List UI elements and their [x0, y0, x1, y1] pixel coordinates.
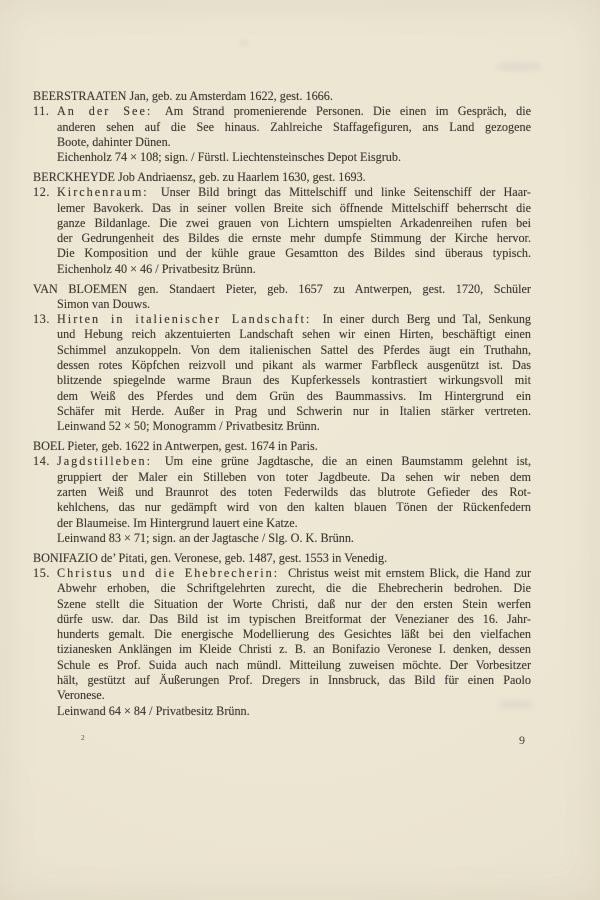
text-line: BEERSTRAATEN Jan, geb. zu Amsterdam 1622… [57, 89, 531, 104]
entry-text-end: der Blaumeise. Im Hintergrund lauert ein… [57, 516, 531, 531]
catalog-page: BEERSTRAATEN Jan, geb. zu Amsterdam 1622… [0, 0, 600, 900]
text-line: BOEL Pieter, geb. 1622 in Antwerpen, ges… [57, 439, 531, 454]
text-block: BEERSTRAATEN Jan, geb. zu Amsterdam 1622… [33, 89, 531, 723]
entry-title: Jagdstilleben: [57, 454, 152, 468]
text-line: BERCKHEYDE Job Andriaensz, geb. zu Haarl… [57, 170, 531, 185]
text-line: Schule es Prof. Suida auch nach mündl. M… [57, 658, 531, 673]
entry-text-end: Veronese. [57, 688, 531, 703]
entry-text: und Hebung reich akzentuierten Landschaf… [57, 327, 531, 419]
entry-first-rest: Christus weist mit ernstem Blick, die Ha… [288, 566, 531, 580]
entry-dimensions: Leinwand 83 × 71; sign. an der Jagtasche… [57, 531, 531, 546]
bleed-through-mark [496, 62, 542, 71]
page-number: 9 [519, 733, 525, 748]
text-line: dürfe usw. dar. Das Bild ist im typische… [57, 612, 531, 627]
artist-heading: BONIFAZIO de’ Pitati, gen. Veronese, geb… [57, 551, 531, 566]
artist-heading: BEERSTRAATEN Jan, geb. zu Amsterdam 1622… [57, 89, 531, 104]
text-line: anderen sehen auf die See hinaus. Zahlre… [57, 120, 531, 135]
entry-first-rest: Um eine grüne Jagdtasche, die an einen B… [165, 454, 531, 468]
catalog-entry-12: BERCKHEYDE Job Andriaensz, geb. zu Haarl… [33, 170, 531, 277]
entry-dimensions: Leinwand 52 × 50; Monogramm / Privatbesi… [57, 419, 531, 434]
entry-text: Abwehr erhoben, die Schriftgelehrten zur… [57, 581, 531, 688]
entry-text: gruppiert der Maler ein Stilleben von to… [57, 470, 531, 516]
catalog-entry-14: BOEL Pieter, geb. 1622 in Antwerpen, ges… [33, 439, 531, 546]
text-line: Boote, dahinter Dünen. [57, 135, 531, 150]
entry-text: anderen sehen auf die See hinaus. Zahlre… [57, 120, 531, 135]
text-line: Simon van Douws. [57, 297, 531, 312]
text-line: und Hebung reich akzentuierten Landschaf… [57, 327, 531, 342]
entry-text-end: Boote, dahinter Dünen. [57, 135, 531, 150]
text-line: Abwehr erhoben, die Schriftgelehrten zur… [57, 581, 531, 596]
entry-body: 11.An der See: Am Strand promenierende P… [57, 104, 531, 165]
entry-first-line: 12.Kirchenraum: Unser Bild bringt das Mi… [57, 185, 531, 200]
text-line: der Gedrungenheit des Bildes die ernste … [57, 231, 531, 246]
entry-dimensions: Leinwand 64 × 84 / Privatbesitz Brünn. [57, 704, 531, 719]
entry-number: 11. [33, 104, 50, 119]
printer-signature-mark: 2 [81, 733, 86, 742]
entry-body: 15.Christus und die Ehebrecherin: Christ… [57, 566, 531, 719]
artist-heading: BERCKHEYDE Job Andriaensz, geb. zu Haarl… [57, 170, 531, 185]
entry-body: 13.Hirten in italienischer Landschaft: I… [57, 312, 531, 434]
entry-number: 14. [33, 454, 50, 469]
entry-number: 13. [33, 312, 50, 327]
text-line: Schimmel anzukoppeln. Von dem italienisc… [57, 343, 531, 358]
text-line: Szene stellt die Situation der Worte Chr… [57, 597, 531, 612]
entry-dimensions: Eichenholz 74 × 108; sign. / Fürstl. Lie… [57, 150, 531, 165]
text-line: zarten Weiß und Braunrot des toten Feder… [57, 485, 531, 500]
text-line: gruppiert der Maler ein Stilleben von to… [57, 470, 531, 485]
paper-fleck [240, 40, 248, 45]
entry-title: An der See: [57, 104, 152, 118]
catalog-entry-13: VAN BLOEMEN gen. Standaert Pieter, geb. … [33, 282, 531, 435]
text-line: kehlchens, das nur gedämpft wird von den… [57, 500, 531, 515]
entry-dimensions: Eichenholz 40 × 46 / Privatbesitz Brünn. [57, 262, 531, 277]
text-line: tizianesken Anklängen im Kleide Christi … [57, 642, 531, 657]
text-line: dem Weiß des Pferdes und dem Grün des Ba… [57, 389, 531, 404]
artist-heading: BOEL Pieter, geb. 1622 in Antwerpen, ges… [57, 439, 531, 454]
entry-title: Kirchenraum: [57, 185, 149, 199]
text-line: Die Komposition und der kühle graue Gesa… [57, 246, 531, 261]
artist-heading: VAN BLOEMEN gen. Standaert Pieter, geb. … [57, 282, 531, 313]
entry-first-rest: In einer durch Berg und Tal, Senkung [323, 312, 531, 326]
text-line: Veronese. [57, 688, 531, 703]
entry-title: Christus und die Ehebrecherin: [57, 566, 279, 580]
entry-first-line: 13.Hirten in italienischer Landschaft: I… [57, 312, 531, 327]
entry-first-rest: Am Strand promenierende Personen. Die ei… [165, 104, 531, 118]
entry-number: 15. [33, 566, 50, 581]
entry-first-rest: Unser Bild bringt das Mittelschiff und l… [161, 185, 531, 199]
entry-title: Hirten in italienischer Landschaft: [57, 312, 311, 326]
entry-first-line: 14.Jagdstilleben: Um eine grüne Jagdtasc… [57, 454, 531, 469]
entry-number: 12. [33, 185, 50, 200]
entry-first-line: 15.Christus und die Ehebrecherin: Christ… [57, 566, 531, 581]
entry-text: lemer Bavokerk. Das in seiner vollen Bre… [57, 201, 531, 262]
entry-body: 14.Jagdstilleben: Um eine grüne Jagdtasc… [57, 454, 531, 546]
text-line: lemer Bavokerk. Das in seiner vollen Bre… [57, 201, 531, 216]
text-line: hunderts gemalt. Die energische Modellie… [57, 627, 531, 642]
text-line: dessen rotes Köpfchen reizvoll und pikan… [57, 358, 531, 373]
text-line: ganze Bildanlage. Die zwei grauen von Li… [57, 216, 531, 231]
text-line: der Blaumeise. Im Hintergrund lauert ein… [57, 516, 531, 531]
entry-first-line: 11.An der See: Am Strand promenierende P… [57, 104, 531, 119]
catalog-entry-15: BONIFAZIO de’ Pitati, gen. Veronese, geb… [33, 551, 531, 719]
text-line: BONIFAZIO de’ Pitati, gen. Veronese, geb… [57, 551, 531, 566]
text-line: VAN BLOEMEN gen. Standaert Pieter, geb. … [57, 282, 531, 297]
text-line: blitzende spiegelnde warme Braun des Kup… [57, 373, 531, 388]
text-line: hält, gestützt auf Äußerungen Prof. Dreg… [57, 673, 531, 688]
entry-body: 12.Kirchenraum: Unser Bild bringt das Mi… [57, 185, 531, 277]
text-line: Schäfer mit Herde. Außer in Prag und Sch… [57, 404, 531, 419]
catalog-entry-11: BEERSTRAATEN Jan, geb. zu Amsterdam 1622… [33, 89, 531, 165]
